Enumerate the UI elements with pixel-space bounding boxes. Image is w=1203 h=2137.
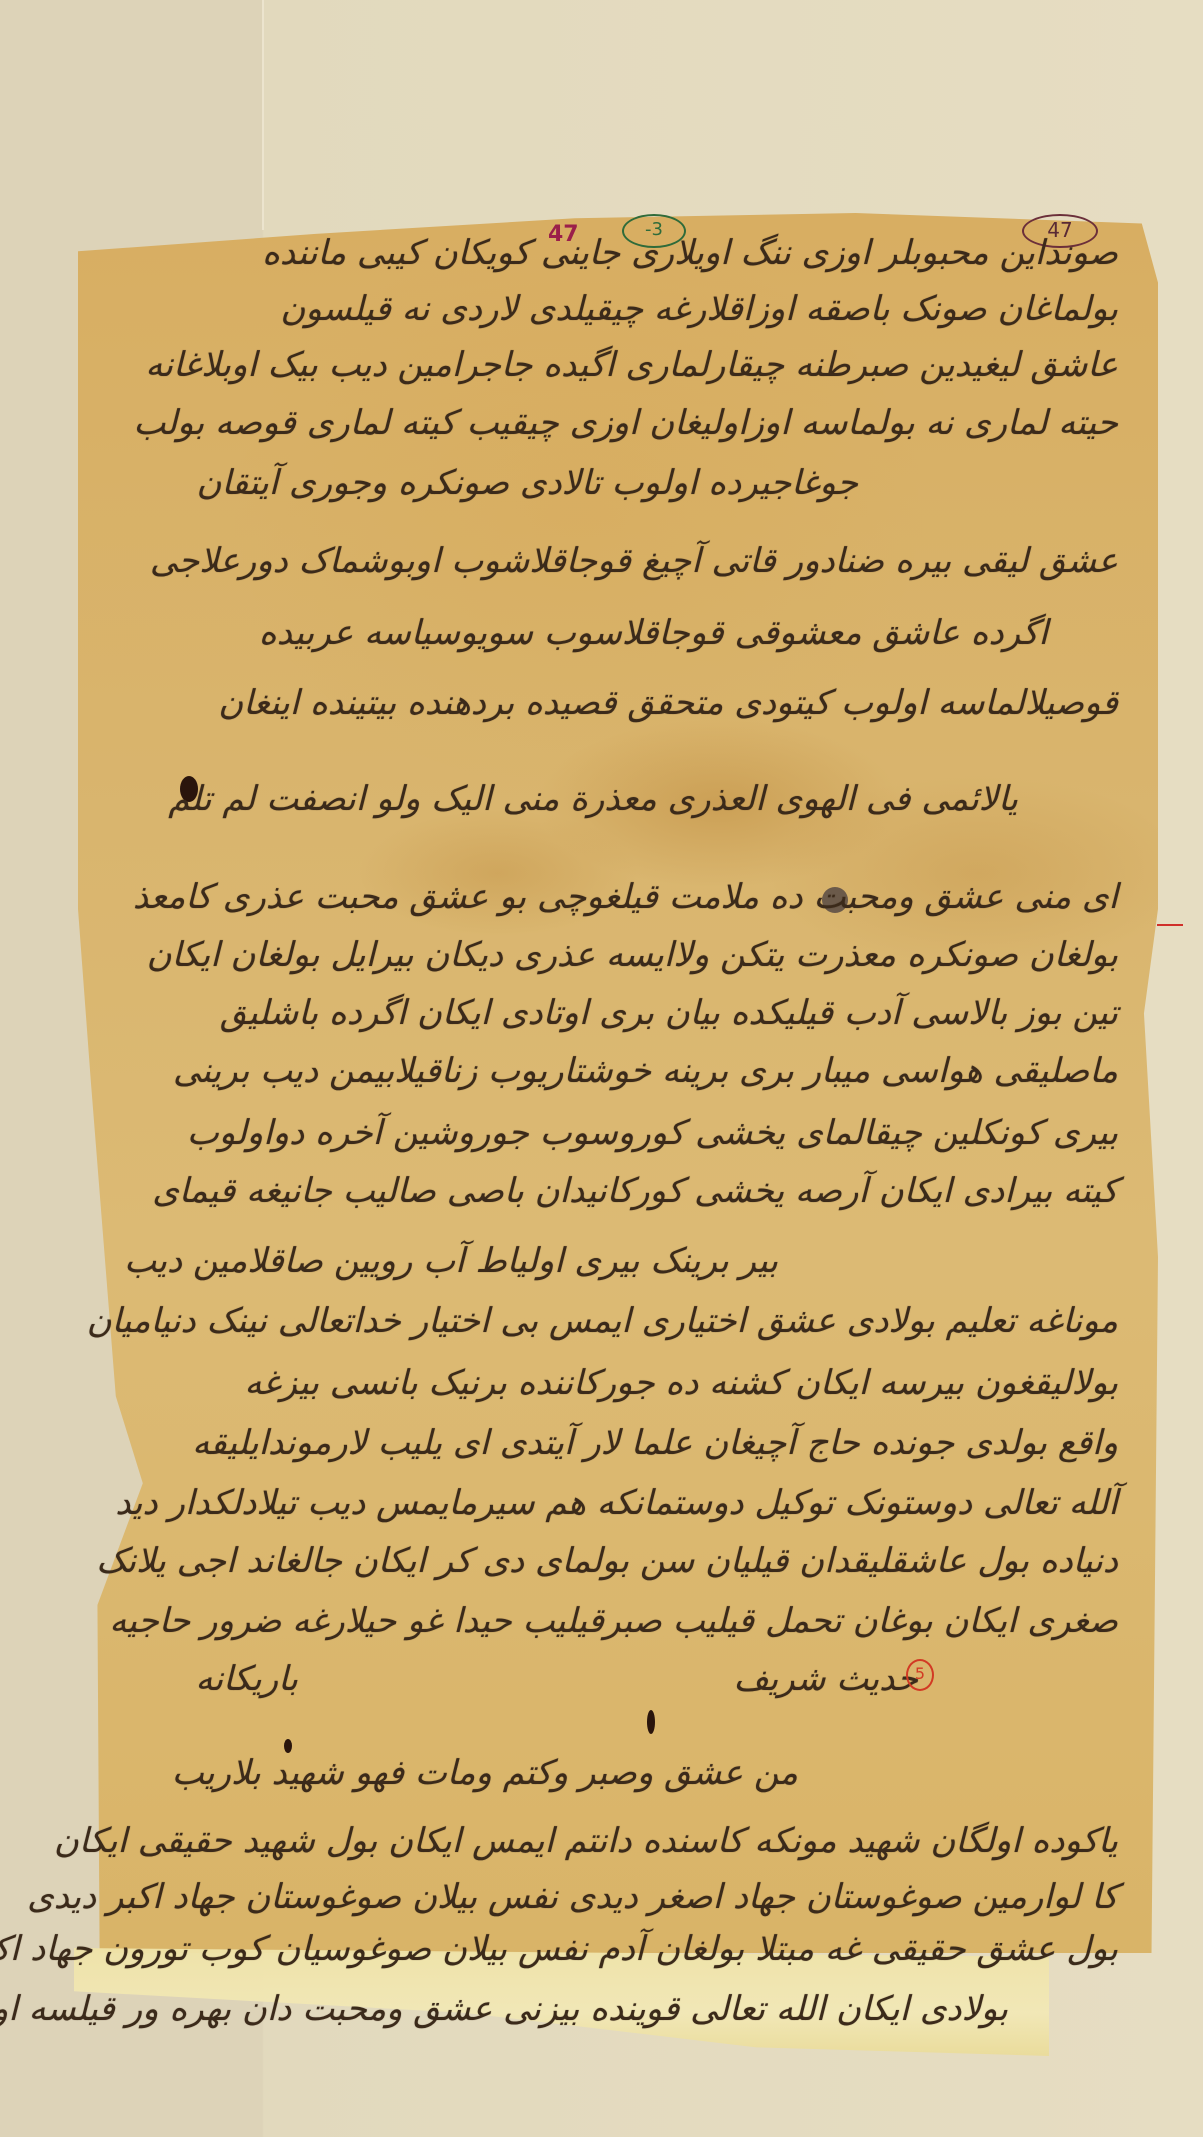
text-line: صونداین محبوبلر اوزی ننگ اویلاری جاینی ک… xyxy=(262,233,1118,273)
manuscript-text: صونداین محبوبلر اوزی ننگ اویلاری جاینی ک… xyxy=(78,213,1158,1953)
text-line: باریکانه xyxy=(195,1659,298,1699)
text-line: اگرده عاشق معشوقی قوجاقلاسوب سویوسیاسه ع… xyxy=(259,613,1048,653)
text-line: بولادی ایکان الله تعالی قوینده بیزنی عشق… xyxy=(0,1989,1008,2029)
text-line: عشق لیقی بیره ضنادور قاتی آچیغ قوجاقلاشو… xyxy=(150,541,1118,581)
text-line: دنیاده بول عاشقلیقدان قیلیان سن بولمای د… xyxy=(96,1541,1118,1581)
hadith-heading: حدیث شریف xyxy=(734,1659,918,1699)
text-line: بیری کونکلین چیقالمای یخشی کوروسوب جوروش… xyxy=(187,1113,1118,1153)
text-line: ماصلیقی هواسی میبار بری برینه خوشتاریوب … xyxy=(173,1051,1118,1091)
text-line: موناغه تعلیم بولادی عشق اختیاری ایمس بی … xyxy=(87,1301,1118,1341)
text-line: صغری ایکان بوغان تحمل قیلیب صبرقیلیب حید… xyxy=(109,1601,1118,1641)
red-margin-tick xyxy=(1157,924,1183,926)
text-line: حیته لماری نه بولماسه اوزاولیغان اوزی چی… xyxy=(133,403,1118,443)
text-line: بولماغان صونک باصقه اوزاقلارغه چیقیلدی ل… xyxy=(280,289,1118,329)
text-line: کیته بیرادی ایکان آرصه یخشی کورکانیدان ب… xyxy=(152,1171,1118,1211)
text-line: ای منی عشق ومحبت ده ملامت قیلغوچی بو عشق… xyxy=(133,877,1118,917)
text-line: واقع بولدی جونده حاج آچیغان علما لار آیت… xyxy=(192,1423,1118,1463)
text-line: عاشق لیغیدین صبرطنه چیقارلماری اگیده جاج… xyxy=(145,345,1118,385)
text-line: بول عشق حقیقی غه مبتلا بولغان آدم نفس بی… xyxy=(0,1929,1118,1969)
section-marker-circle: 5 xyxy=(906,1659,934,1691)
text-line: بولالیقغون بیرسه ایکان کشنه ده جورکاننده… xyxy=(244,1363,1118,1403)
text-line: آلله تعالی دوستونک توکیل دوستمانکه هم سی… xyxy=(115,1483,1118,1523)
text-line: تین بوز بالاسی آدب قیلیکده بیان بری اوتا… xyxy=(220,993,1118,1033)
text-line: کا لوارمین صوغوستان جهاد اصغر دیدی نفس ب… xyxy=(27,1877,1118,1917)
text-line: قوصیلالماسه اولوب کیتودی متحقق قصیده برد… xyxy=(218,683,1118,723)
text-line: بیر برینک بیری اولیاط آب رویین صاقلامین … xyxy=(124,1241,778,1281)
backdrop-fold-line xyxy=(262,0,264,230)
text-line: یالائمی فی الهوی العذری معذرة منی الیک و… xyxy=(168,779,1018,819)
text-line: جوغاجیرده اولوب تالادی صونکره وجوری آیتق… xyxy=(197,463,859,503)
text-line: من عشق وصبر وکتم ومات فهو شهید بلاریب xyxy=(172,1753,798,1793)
text-line: بولغان صونکره معذرت یتکن ولاایسه عذری دی… xyxy=(147,935,1118,975)
text-line: یاکوده اولگان شهید مونکه کاسنده دانتم ای… xyxy=(54,1821,1118,1861)
section-marker-number: 5 xyxy=(915,1664,925,1683)
